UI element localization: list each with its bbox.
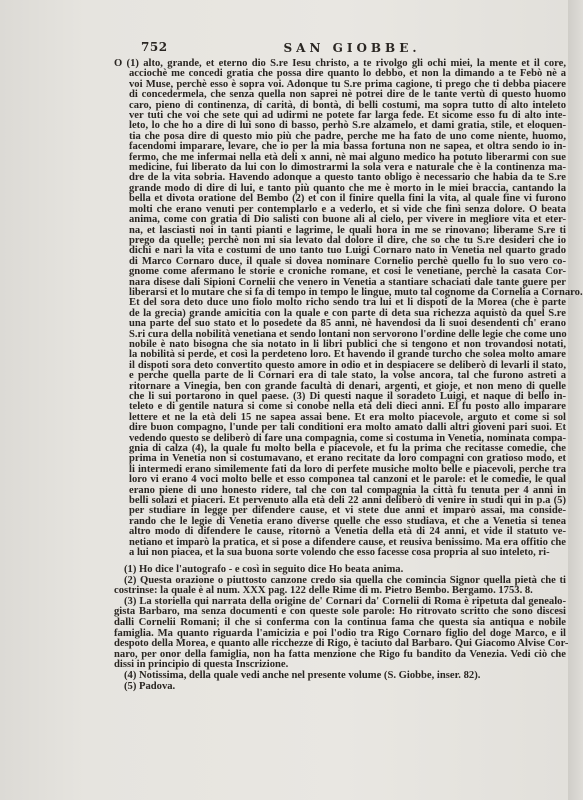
footnote: (4) Notissima, della quale vedi anche ne… <box>124 671 566 682</box>
footnote: (3) La storiella qui narrata della origi… <box>124 597 566 671</box>
footnote-line: (1) Ho dice l'autografo - e così in segu… <box>124 565 566 576</box>
page-header: 752 SAN GIOBBE. <box>141 40 563 56</box>
footnotes: (1) Ho dice l'autografo - e così in segu… <box>124 565 566 692</box>
main-text: O (1) alto, grande, et eterno dio S.re I… <box>114 59 566 559</box>
footnote: (2) Questa orazione o piuttosto canzone … <box>124 576 566 597</box>
footnote-line: (5) Padova. <box>124 682 566 693</box>
footnote-line: dalli Cornelii Romani; il che si conferm… <box>114 618 566 629</box>
running-title: SAN GIOBBE. <box>141 41 563 55</box>
text-line: una parte del suo stato et lo posedete d… <box>114 319 566 329</box>
text-line: anima, come con gratia di Dio salisti co… <box>114 215 566 225</box>
page-edge-shadow <box>568 0 583 800</box>
text-line: gnome come afermano le storie e croniche… <box>114 267 566 277</box>
footnote-line: (4) Notissima, della quale vedi anche ne… <box>124 671 566 682</box>
text-line: a lui non piacea, et la sua buona sorte … <box>114 548 566 558</box>
footnote: (1) Ho dice l'autografo - e così in segu… <box>124 565 566 576</box>
footnote: (5) Padova. <box>124 682 566 693</box>
